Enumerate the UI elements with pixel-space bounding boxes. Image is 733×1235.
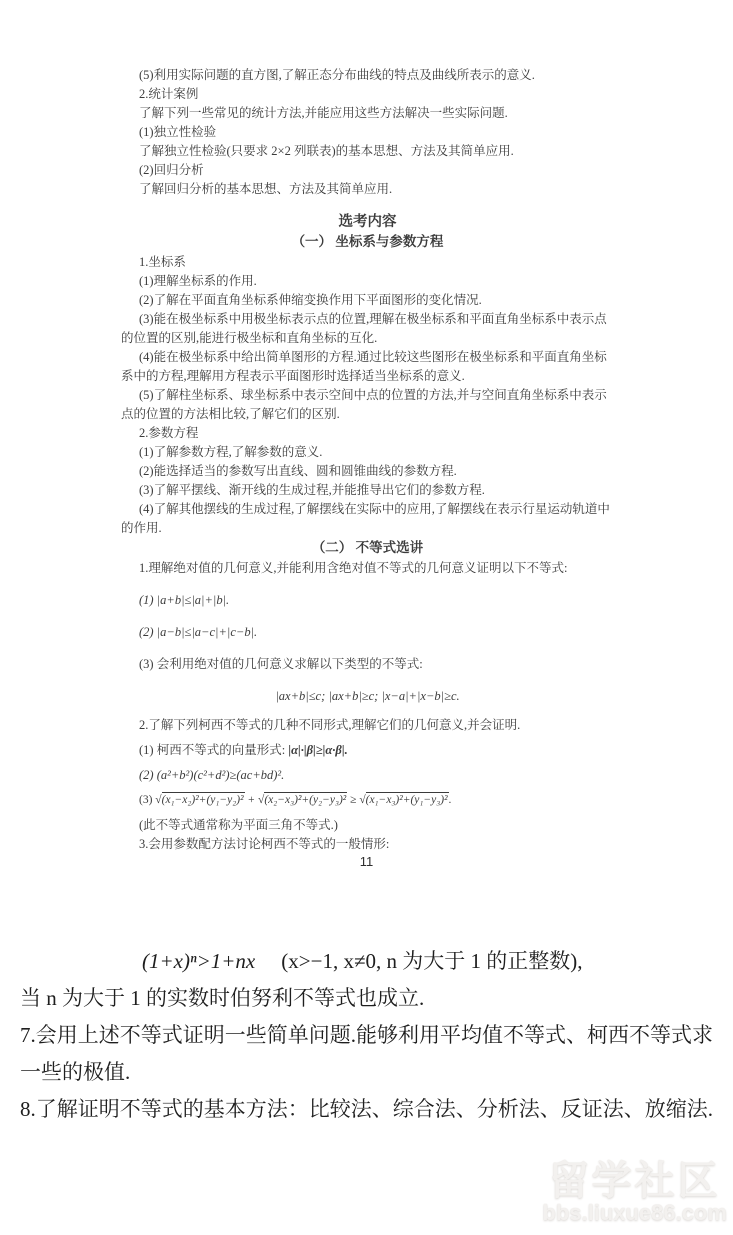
cauchy-vector-formula: |α|·|β|≥|α·β|.: [288, 743, 347, 757]
plus-sign: +: [247, 794, 255, 806]
abs-inequality-3-intro: (3) 会利用绝对值的几何意义求解以下类型的不等式:: [121, 655, 614, 674]
cauchy-vector-label: (1) 柯西不等式的向量形式:: [139, 743, 285, 757]
cauchy-general-line: 3.会用参数配方法讨论柯西不等式的一般情形:: [121, 835, 614, 854]
triangle-inequality-note: (此不等式通常称为平面三角不等式.): [121, 816, 614, 835]
sqrt-symbol: √: [155, 794, 161, 806]
cauchy-vector-form: (1) 柯西不等式的向量形式: |α|·|β|≥|α·β|.: [121, 741, 614, 760]
watermark-title: 留学社区: [542, 1161, 727, 1201]
watermark-url: bbs.liuxue86.com: [542, 1201, 727, 1225]
coord-line: 2.参数方程: [121, 424, 614, 443]
scanned-document: (5)利用实际问题的直方图,了解正态分布曲线的特点及曲线所表示的意义. 2.统计…: [121, 66, 614, 854]
coord-line: (3)能在极坐标系中用极坐标表示点的位置,理解在极坐标系和平面直角坐标系中表示点…: [121, 310, 614, 348]
abs-inequality-2: (2) |a−b|≤|a−c|+|c−b|.: [121, 623, 614, 642]
coord-line: 1.坐标系: [121, 253, 614, 272]
section-heading-inequality: （二） 不等式选讲: [121, 538, 614, 557]
bernoulli-math: (1+x)ⁿ>1+nx: [142, 949, 255, 973]
coord-line: (5)了解柱坐标系、球坐标系中表示空间中点的位置的方法,并与空间直角坐标系中表示…: [121, 386, 614, 424]
stats-line: 了解下列一些常见的统计方法,并能应用这些方法解决一些实际问题.: [121, 104, 614, 123]
geq-sign: ≥: [350, 794, 356, 806]
abs-inequality-3-formula: |ax+b|≤c; |ax+b|≥c; |x−a|+|x−b|≥c.: [121, 687, 614, 706]
item-8: 8.了解证明不等式的基本方法：比较法、综合法、分析法、反证法、放缩法.: [20, 1091, 722, 1128]
stats-line: 2.统计案例: [121, 85, 614, 104]
watermark: 留学社区 bbs.liuxue86.com: [542, 1161, 727, 1225]
sqrt-symbol: √: [359, 794, 365, 806]
bernoulli-condition: (x>−1, x≠0, n 为大于 1 的正整数),: [281, 949, 582, 973]
stats-line: 了解回归分析的基本思想、方法及其简单应用.: [121, 180, 614, 199]
radicand-2: (x₂−x₃)²+(y₂−y₃)²: [264, 792, 347, 806]
stats-line: 了解独立性检验(只要求 2×2 列联表)的基本思想、方法及其简单应用.: [121, 142, 614, 161]
page-number: 11: [0, 854, 733, 869]
section-heading-coord: （一） 坐标系与参数方程: [121, 232, 614, 251]
cauchy-algebraic-form: (2) (a²+b²)(c²+d²)≥(ac+bd)².: [121, 766, 614, 785]
bottom-text-block: (1+x)ⁿ>1+nx(x>−1, x≠0, n 为大于 1 的正整数), 当 …: [20, 943, 722, 1128]
formula-end: .: [449, 794, 452, 806]
stats-line: (2)回归分析: [121, 161, 614, 180]
stats-line: (1)独立性检验: [121, 123, 614, 142]
coord-line: (2)能选择适当的参数写出直线、圆和圆锥曲线的参数方程.: [121, 462, 614, 481]
cauchy-triangle-inequality: (3) √(x₁−x₂)²+(y₁−y₂)² + √(x₂−x₃)²+(y₂−y…: [121, 791, 614, 810]
bernoulli-formula: (1+x)ⁿ>1+nx(x>−1, x≠0, n 为大于 1 的正整数),: [20, 943, 722, 980]
coord-line: (4)了解其他摆线的生成过程,了解摆线在实际中的应用,了解摆线在表示行星运动轨道…: [121, 500, 614, 538]
radicand-1: (x₁−x₂)²+(y₁−y₂)²: [162, 792, 245, 806]
stats-line: (5)利用实际问题的直方图,了解正态分布曲线的特点及曲线所表示的意义.: [121, 66, 614, 85]
coord-line: (2)了解在平面直角坐标系伸缩变换作用下平面图形的变化情况.: [121, 291, 614, 310]
inequality-intro: 1.理解绝对值的几何意义,并能利用含绝对值不等式的几何意义证明以下不等式:: [121, 559, 614, 578]
formula-label: (3): [139, 794, 152, 806]
coord-line: (1)了解参数方程,了解参数的意义.: [121, 443, 614, 462]
cauchy-intro: 2.了解下列柯西不等式的几种不同形式,理解它们的几何意义,并会证明.: [121, 716, 614, 735]
coord-line: (1)理解坐标系的作用.: [121, 272, 614, 291]
radicand-3: (x₁−x₃)²+(y₁−y₃)²: [366, 792, 449, 806]
abs-inequality-1: (1) |a+b|≤|a|+|b|.: [121, 591, 614, 610]
page: { "scan": { "intro": [ "(5)利用实际问题的直方图,了解…: [0, 0, 733, 1235]
bernoulli-note: 当 n 为大于 1 的实数时伯努利不等式也成立.: [20, 980, 722, 1017]
item-7: 7.会用上述不等式证明一些简单问题.能够利用平均值不等式、柯西不等式求一些的极值…: [20, 1017, 722, 1091]
coord-line: (4)能在极坐标系中给出简单图形的方程.通过比较这些图形在极坐标系和平面直角坐标…: [121, 348, 614, 386]
section-heading-main: 选考内容: [121, 213, 614, 232]
coord-line: (3)了解平摆线、渐开线的生成过程,并能推导出它们的参数方程.: [121, 481, 614, 500]
